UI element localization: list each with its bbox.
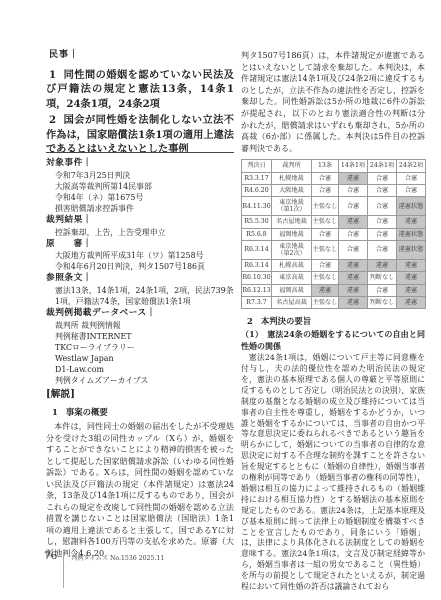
table-header-cell: 24条2項 bbox=[397, 160, 426, 172]
table-cell: 違憲 bbox=[397, 296, 426, 308]
commentary-right-column: 判タ1507号186頁）は，本件諸規定が違憲であるとはいえないとして請求を棄却し… bbox=[241, 50, 425, 593]
table-cell: 合憲 bbox=[312, 260, 339, 272]
case-info-label: 原 審｜ bbox=[46, 238, 234, 251]
commentary-title: [解説] bbox=[46, 386, 234, 400]
table-cell: 合憲 bbox=[397, 184, 426, 196]
headline-list: 1同性間の婚姻を認めていない民法及び戸籍法の規定と憲法13条，14条1項，24条… bbox=[46, 68, 234, 158]
continuation-paragraph: 判タ1507号186頁）は，本件諸規定が違憲であるとはいえないとして請求を棄却し… bbox=[241, 50, 425, 154]
journal-page: 民事｜ 1同性間の婚姻を認めていない民法及び戸籍法の規定と憲法13条，14条1項… bbox=[0, 0, 441, 600]
table-cell: 合憲 bbox=[339, 196, 368, 215]
case-info-line: Westlaw Japan bbox=[55, 353, 234, 364]
table-cell: 東京高裁 bbox=[272, 272, 312, 284]
table-cell: 判断なし bbox=[368, 272, 397, 284]
table-cell: 合憲 bbox=[368, 196, 397, 215]
table-cell: 主張なし bbox=[312, 240, 339, 259]
table-cell: 判断なし bbox=[368, 296, 397, 308]
case-info-label: 参照条文｜ bbox=[46, 272, 234, 285]
table-row: R6.3.14東京地裁 （第2次）主張なし合憲合憲違憲状態 bbox=[242, 240, 426, 259]
table-cell: R7.3.7 bbox=[242, 296, 272, 308]
table-row: R5.5.30名古屋地裁主張なし違憲合憲違憲 bbox=[242, 216, 426, 228]
table-cell: 違憲状態 bbox=[397, 240, 426, 259]
table-cell: 合憲 bbox=[368, 284, 397, 296]
section1-number: 1 bbox=[52, 407, 58, 417]
table-row: R5.6.8福岡地裁合憲合憲合憲違憲状態 bbox=[242, 228, 426, 240]
headline-item: 1同性間の婚姻を認めていない民法及び戸籍法の規定と憲法13条，14条1項，24条… bbox=[46, 68, 234, 111]
section2-heading: 2本判決の要旨 bbox=[241, 316, 425, 328]
table-cell: R4.6.20 bbox=[242, 184, 272, 196]
page-number: 76 bbox=[44, 550, 57, 562]
table-cell: 違憲 bbox=[397, 216, 426, 228]
table-row: R6.12.13福岡高裁違憲違憲合憲違憲 bbox=[242, 284, 426, 296]
case-info-line: 判例秘書INTERNET bbox=[55, 331, 234, 342]
table-row: R6.3.14札幌高裁合憲違憲違憲違憲 bbox=[242, 260, 426, 272]
case-info-line: 大阪地方裁判所平成31年（ワ）第1258号 bbox=[55, 250, 234, 261]
commentary-left-column: [解説] 1事案の概要 本件は，同性同士の婚姻の届出をしたが不受理処分を受けた3… bbox=[46, 386, 234, 559]
table-cell: 合憲 bbox=[339, 184, 368, 196]
table-cell: R6.3.14 bbox=[242, 260, 272, 272]
table-cell: 合憲 bbox=[312, 172, 339, 184]
section1-heading: 1事案の概要 bbox=[46, 406, 234, 418]
table-cell: 違憲 bbox=[339, 284, 368, 296]
table-cell: R4.11.30 bbox=[242, 196, 272, 215]
table-cell: 主張なし bbox=[312, 272, 339, 284]
table-cell: 東京地裁 （第1次） bbox=[272, 196, 312, 215]
table-cell: 違憲状態 bbox=[397, 196, 426, 215]
table-row: R7.3.7名古屋高裁主張なし違憲判断なし違憲 bbox=[242, 296, 426, 308]
table-cell: R6.3.14 bbox=[242, 240, 272, 259]
table-cell: R6.12.13 bbox=[242, 284, 272, 296]
case-info: 対象事件｜令和7年3月25日判決大阪高等裁判所第14民事部令和4年（ネ）第167… bbox=[46, 157, 234, 386]
table-cell: R5.5.30 bbox=[242, 216, 272, 228]
table-cell: 違憲 bbox=[397, 260, 426, 272]
case-info-line: 憲法13条，14条1項，24条1項，2項，民法739条1項，戸籍法74条，国家賠… bbox=[55, 285, 234, 307]
headline-number: 2 bbox=[49, 114, 56, 126]
case-info-line: D1-Law.com bbox=[55, 364, 234, 375]
judgment-table-body: 判決日裁判所13条14条1項24条1項24条2項R3.3.17札幌地裁合憲違憲合… bbox=[242, 160, 426, 309]
case-info-line: 令和4年（ネ）第1675号 bbox=[55, 192, 234, 203]
table-cell: 違憲 bbox=[339, 216, 368, 228]
table-cell: 主張なし bbox=[312, 296, 339, 308]
table-cell: 大阪地裁 bbox=[272, 184, 312, 196]
section2-heading-text: 本判決の要旨 bbox=[261, 316, 311, 326]
case-info-label: 対象事件｜ bbox=[46, 157, 234, 170]
case-info-line: 損害賠償請求控訴事件 bbox=[55, 203, 234, 214]
table-cell: 違憲 bbox=[397, 272, 426, 284]
case-info-label: 裁判結果｜ bbox=[46, 214, 234, 227]
table-cell: 札幌地裁 bbox=[272, 172, 312, 184]
table-header-cell: 14条1項 bbox=[339, 160, 368, 172]
headline-number: 1 bbox=[49, 69, 56, 81]
table-cell: 合憲 bbox=[368, 216, 397, 228]
case-info-line: 令和7年3月25日判決 bbox=[55, 170, 234, 181]
table-header-row: 判決日裁判所13条14条1項24条1項24条2項 bbox=[242, 160, 426, 172]
headline-text: 国会が同性婚を法制化しない立法不作為は，国家賠償法1条1項の適用上違法であるとは… bbox=[46, 114, 234, 155]
table-cell: 違憲 bbox=[368, 260, 397, 272]
table-row: R3.3.17札幌地裁合憲違憲合憲合憲 bbox=[242, 172, 426, 184]
table-cell: 合憲 bbox=[339, 240, 368, 259]
category-label: 民事｜ bbox=[49, 47, 79, 60]
section2-paragraph: 憲法24条1項は，婚姻について戸主等に同意権を付与し，夫の法的優位性を認めた明治… bbox=[241, 353, 425, 593]
table-cell: 合憲 bbox=[312, 184, 339, 196]
table-cell: 名古屋地裁 bbox=[272, 216, 312, 228]
table-cell: 合憲 bbox=[368, 184, 397, 196]
table-cell: 東京地裁 （第2次） bbox=[272, 240, 312, 259]
case-info-line: TKCローライブラリー bbox=[55, 342, 234, 353]
table-cell: R6.10.30 bbox=[242, 272, 272, 284]
table-header-cell: 13条 bbox=[312, 160, 339, 172]
case-info-line: 裁判所 裁判例情報 bbox=[55, 320, 234, 331]
table-cell: 札幌高裁 bbox=[272, 260, 312, 272]
table-cell: 違憲 bbox=[339, 272, 368, 284]
table-cell: R3.3.17 bbox=[242, 172, 272, 184]
table-cell: 主張なし bbox=[312, 216, 339, 228]
headline-item: 2国会が同性婚を法制化しない立法不作為は，国家賠償法1条1項の適用上違法であると… bbox=[46, 113, 234, 156]
table-cell: 名古屋高裁 bbox=[272, 296, 312, 308]
table-row: R4.6.20大阪地裁合憲合憲合憲合憲 bbox=[242, 184, 426, 196]
case-info-line: 控訴棄却，上告，上告受理申立 bbox=[55, 227, 234, 238]
table-cell: R5.6.8 bbox=[242, 228, 272, 240]
table-cell: 合憲 bbox=[368, 240, 397, 259]
table-header-cell: 判決日 bbox=[242, 160, 272, 172]
table-header-cell: 24条1項 bbox=[368, 160, 397, 172]
headline-text: 同性間の婚姻を認めていない民法及び戸籍法の規定と憲法13条，14条1項，24条1… bbox=[46, 69, 234, 110]
section1-heading-text: 事案の概要 bbox=[66, 407, 108, 417]
table-cell: 違憲 bbox=[397, 284, 426, 296]
footer-divider bbox=[63, 552, 64, 588]
case-info-label: 裁判例掲載データベース｜ bbox=[46, 307, 234, 320]
table-cell: 福岡地裁 bbox=[272, 228, 312, 240]
table-cell: 合憲 bbox=[312, 228, 339, 240]
judgment-table: 判決日裁判所13条14条1項24条1項24条2項R3.3.17札幌地裁合憲違憲合… bbox=[241, 159, 426, 309]
table-cell: 主張なし bbox=[312, 196, 339, 215]
case-info-line: 判例タイムズアーカイブス bbox=[55, 375, 234, 386]
table-cell: 違憲 bbox=[339, 296, 368, 308]
journal-reference: 判例タイムズ No.1536 2025.11 bbox=[71, 553, 164, 562]
section1-paragraph: 本件は，同性同士の婚姻の届出をしたが不受理処分を受けた3組の同性カップル（Xら）… bbox=[46, 421, 234, 559]
table-cell: 違憲 bbox=[339, 172, 368, 184]
section2-sub1-heading: （1） 憲法24条の婚姻をするについての自由と同性婚の関係 bbox=[241, 329, 425, 352]
table-row: R4.11.30東京地裁 （第1次）主張なし合憲合憲違憲状態 bbox=[242, 196, 426, 215]
section-divider bbox=[46, 152, 234, 153]
table-cell: 違憲 bbox=[339, 260, 368, 272]
table-header-cell: 裁判所 bbox=[272, 160, 312, 172]
table-cell: 違憲状態 bbox=[397, 228, 426, 240]
table-cell: 違憲 bbox=[312, 284, 339, 296]
table-cell: 合憲 bbox=[397, 172, 426, 184]
case-info-line: 令和4年6月20日判決，判タ1507号186頁 bbox=[55, 261, 234, 272]
case-info-line: 大阪高等裁判所第14民事部 bbox=[55, 181, 234, 192]
table-cell: 合憲 bbox=[339, 228, 368, 240]
section2-number: 2 bbox=[247, 316, 253, 326]
table-cell: 合憲 bbox=[368, 228, 397, 240]
table-cell: 福岡高裁 bbox=[272, 284, 312, 296]
table-row: R6.10.30東京高裁主張なし違憲判断なし違憲 bbox=[242, 272, 426, 284]
table-cell: 合憲 bbox=[368, 172, 397, 184]
